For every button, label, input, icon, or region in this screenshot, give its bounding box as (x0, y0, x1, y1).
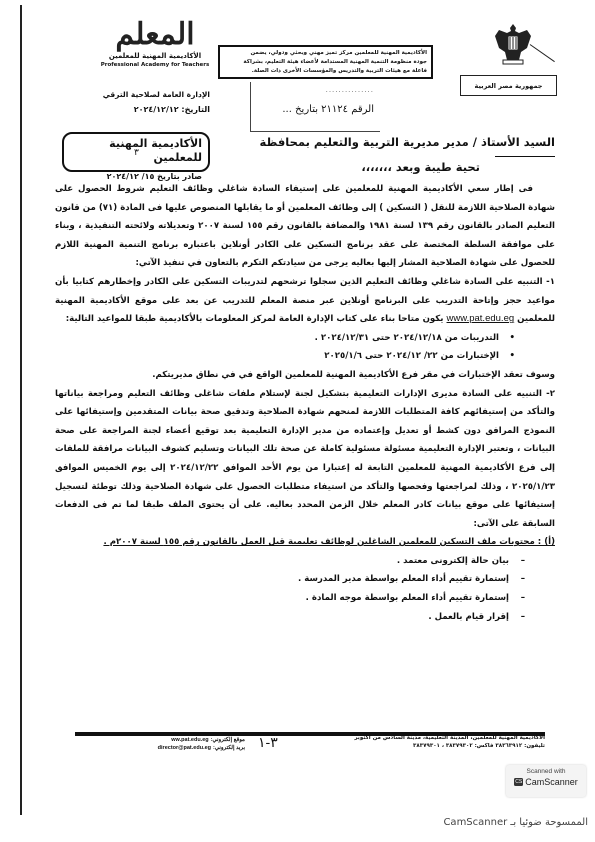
footer-contacts: موقع إلكتروني: ww.pat.edu.eg بريد إلكترو… (115, 736, 245, 752)
academy-calligraphy-icon: المعلم (95, 18, 215, 52)
egypt-eagle-emblem-icon (493, 22, 533, 67)
stamp-handwritten-number: ٣ (134, 148, 139, 158)
greeting: تحية طيبة وبعد ،،،،،،، (215, 160, 480, 174)
camscanner-badge: Scanned with CS CamScanner (506, 765, 586, 797)
item-1-paragraph: ١- التنبيه على السادة شاغلي وظائف التعلي… (55, 273, 555, 329)
reference-number: الرقم ٢١١٢٤ بتاريخ ... (257, 104, 374, 115)
pen-mark (530, 44, 555, 62)
exam-location-note: وسوف تعقد الإختبارات في مقر فرع الأكاديم… (55, 366, 555, 385)
letter-date: التاريخ: ٢٠٢٤/١٢/١٢ (100, 105, 210, 114)
section-a-heading: (أ) : محتويات ملف التسكين للمعلمين الشاغ… (55, 533, 555, 552)
website-label: موقع إلكتروني: (211, 737, 245, 743)
file-content-item: بيان حالة إلكترونى معتمد . (55, 552, 525, 571)
republic-label: جمهورية مصر العربية (460, 75, 557, 96)
footer-phones: تليفون: ٣٨٣٦٣٩١٢ فاكس: ٣٨٣٧٩٣٠٢ ، ٣٨٣٧٩٣… (330, 742, 545, 750)
academy-name-ar: الأكاديمية المهنية للمعلمين (95, 52, 215, 61)
scanned-letter-page: المعلم الأكاديمية المهنية للمعلمين Profe… (0, 0, 595, 842)
scan-edge-line (20, 5, 22, 815)
governorate-blank-line (495, 156, 555, 157)
camscanner-brand-name: CamScanner (525, 777, 578, 787)
addressee: السيد الأستاذ / مدير مديرية التربية والت… (215, 135, 555, 163)
motto-line: فاعلة مع هيئات التربية والتدريس والمؤسسا… (224, 67, 427, 76)
footer-email-link[interactable]: director@pat.edu.eg (158, 745, 211, 751)
file-content-item: إستمارة تقييم أداء المعلم بواسطة موجه ال… (55, 589, 525, 608)
footer-address-line: الأكاديمية المهنية للمعلمين، المدينة الت… (330, 734, 545, 742)
item-2-paragraph: ٢- التنبيه على السادة مديرى الإدارات الت… (55, 385, 555, 534)
letter-body: فى إطار سعي الأكاديمية المهنية للمعلمين … (55, 180, 555, 626)
reference-number-box: ............... الرقم ٢١١٢٤ بتاريخ ... (250, 82, 380, 132)
academy-motto-box: الأكاديمية المهنية للمعلمين مركز تميز مه… (218, 45, 433, 79)
file-content-item: إستمارة تقييم أداء المعلم بواسطة مدير ال… (55, 570, 525, 589)
schedule-list: التدريبات من ٢٠٢٤/١٢/١٨ حتى ٢٠٢٤/١٢/٣١ .… (55, 329, 555, 366)
camscanner-brand: CS CamScanner (506, 777, 586, 787)
addressee-text: السيد الأستاذ / مدير مديرية التربية والت… (260, 135, 555, 149)
footer-website-link[interactable]: ww.pat.edu.eg (171, 737, 208, 743)
item-1-text-cont: يكون متاحا بناء على كتاب الإدارة العامة … (66, 314, 444, 324)
intro-paragraph: فى إطار سعي الأكاديمية المهنية للمعلمين … (55, 180, 555, 273)
academy-name-en: Professional Academy for Teachers (95, 61, 215, 69)
motto-line: جودة منظومة التنمية المهنية المستدامة لأ… (224, 58, 427, 67)
camscanner-logo-icon: CS (514, 778, 523, 786)
academy-logo: المعلم الأكاديمية المهنية للمعلمين Profe… (95, 18, 215, 69)
schedule-item-training: التدريبات من ٢٠٢٤/١٢/١٨ حتى ٢٠٢٤/١٢/٣١ . (55, 329, 515, 348)
page-number: ٣-١ (258, 735, 278, 751)
email-label: بريد إلكتروني: (213, 745, 245, 751)
motto-line: الأكاديمية المهنية للمعلمين مركز تميز مه… (224, 49, 427, 58)
incoming-stamp: الأكاديمية المهنية للمعلمين ٣ صادر بتاري… (62, 132, 210, 172)
file-contents-list: بيان حالة إلكترونى معتمد . إستمارة تقييم… (55, 552, 555, 626)
academy-website-link[interactable]: www.pat.edu.eg (447, 313, 515, 324)
reference-line: ............... (257, 86, 374, 94)
scanned-with-label: Scanned with (506, 768, 586, 775)
scanner-caption: الممسوحة ضوئيا بـ CamScanner (360, 817, 588, 828)
schedule-item-exams: الإختبارات من ٢٢/ ٢٠٢٤/١٢ حتى ٢٠٢٥/١/٦ (55, 347, 515, 366)
file-content-item: إقرار قيام بالعمل . (55, 608, 525, 627)
department-name: الإدارة العامة لصلاحية الترقي (100, 90, 210, 99)
footer-address: الأكاديمية المهنية للمعلمين، المدينة الت… (330, 734, 545, 750)
